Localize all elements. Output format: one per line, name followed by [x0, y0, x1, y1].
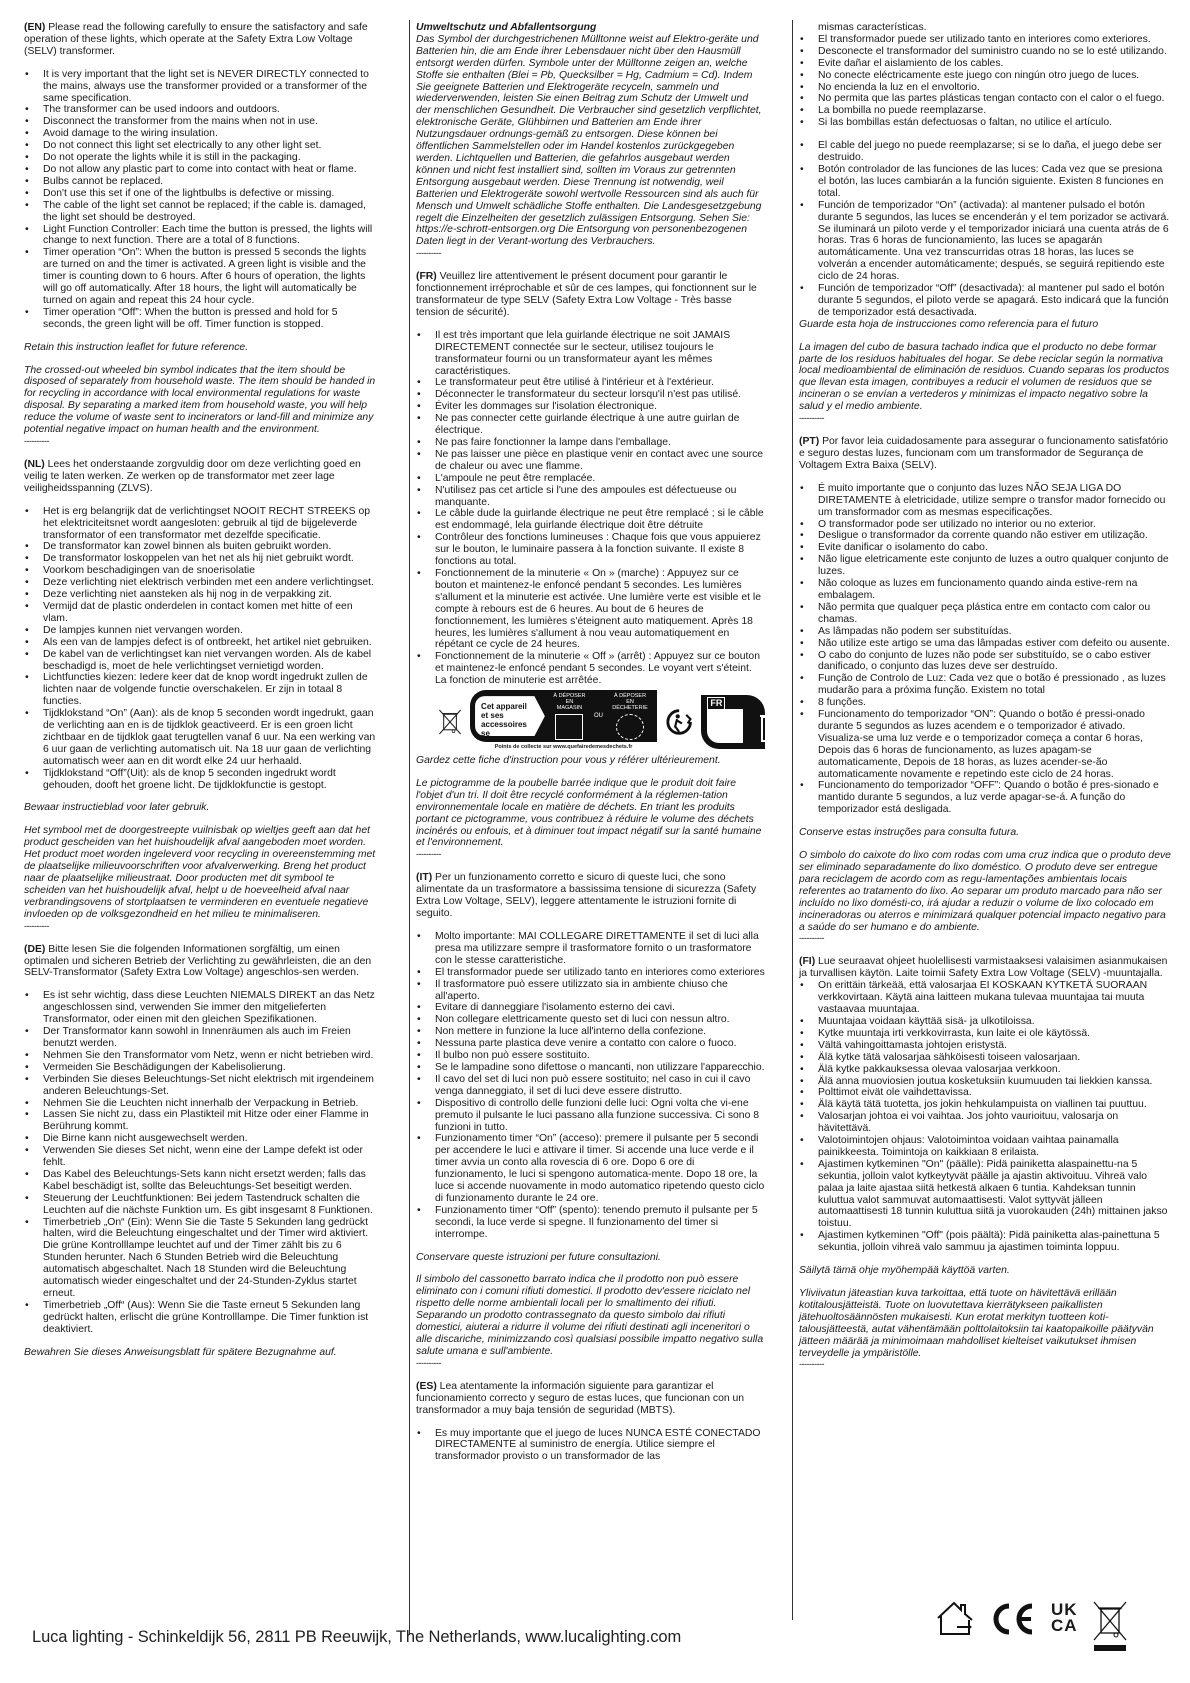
it-safety-list: Molto importante: MAI COLLEGARE DIRETTAM…: [416, 931, 765, 1241]
list-item: Het is erg belangrijk dat de verlichting…: [24, 506, 376, 542]
list-item: Il bulbo non può essere sostituito.: [416, 1050, 765, 1062]
it-retain-note: Conservare queste istruzioni per future …: [416, 1252, 765, 1264]
footer-address: Luca lighting - Schinkeldijk 56, 2811 PB…: [32, 1628, 681, 1647]
fi-safety-list: On erittäin tärkeää, että valosarjaa EI …: [799, 980, 1172, 1254]
list-item: O cabo do conjunto de luzes não pode ser…: [799, 650, 1172, 674]
fi-weee-note: Yliviivatun jäteastian kuva tarkoittaa, …: [799, 1288, 1172, 1359]
list-item: Funcionamento do temporizador “OFF”: Qua…: [799, 780, 1172, 816]
separator: ----------: [799, 1359, 1172, 1369]
es-retain-note: Guarde esta hoja de instrucciones como r…: [799, 319, 1172, 331]
list-item: Evite danificar o isolamento do cabo.: [799, 542, 1172, 554]
list-item: Do not operate the lights while it is st…: [24, 152, 376, 164]
pt-retain-note: Conserve estas instruções para consulta …: [799, 827, 1172, 839]
list-item: Il trasformatore può essere utilizzato s…: [416, 979, 765, 1003]
list-item: Es muy importante que el juego de luces …: [416, 1428, 765, 1464]
list-item: Das Kabel des Beleuchtungs-Sets kann nic…: [24, 1169, 376, 1193]
list-item: Botón controlador de las funciones de la…: [799, 164, 1172, 200]
column-3: mismas características. El transformador…: [792, 20, 1172, 1620]
list-item: Vältä vahingoittamasta johtojen eristyst…: [799, 1040, 1172, 1052]
pt-intro: (PT) Por favor leia cuidadosamente para …: [799, 436, 1172, 472]
list-item: Funzionamento timer “Off” (spento): tene…: [416, 1205, 765, 1241]
fr-retain-note: Gardez cette fiche d'instruction pour vo…: [416, 755, 765, 767]
list-item: The cable of the light set cannot be rep…: [24, 200, 376, 224]
es-weee-note: La imagen del cubo de basura tachado ind…: [799, 342, 1172, 413]
nl-safety-list: Het is erg belangrijk dat de verlichting…: [24, 506, 376, 792]
list-item: Vermijd dat de plastic onderdelen in con…: [24, 601, 376, 625]
store-dropoff: À DÉPOSER EN MAGASIN: [553, 693, 586, 740]
list-item: Bulbs cannot be replaced.: [24, 176, 376, 188]
list-item: Éviter les dommages sur l'isolation élec…: [416, 401, 765, 413]
list-item: Se le lampadine sono difettose o mancant…: [416, 1062, 765, 1074]
list-item: Ne pas connecter cette guirlande électri…: [416, 413, 765, 437]
list-item: Ajastimen kytkeminen "On" (päälle): Pidä…: [799, 1159, 1172, 1230]
list-item: Ne pas faire fonctionner la lampe dans l…: [416, 437, 765, 449]
list-item: Timerbetrieb „Off“ (Aus): Wenn Sie die T…: [24, 1300, 376, 1336]
list-item: Steuerung der Leuchtfunktionen: Bei jede…: [24, 1193, 376, 1217]
list-item: Evitare di danneggiare l'isolamento este…: [416, 1002, 765, 1014]
certification-marks: UK CA: [935, 1600, 1128, 1656]
list-item: De lampjes kunnen niet vervangen worden.: [24, 625, 376, 637]
list-item: Älä käytä tätä tuotetta, jos jokin hehku…: [799, 1099, 1172, 1111]
pt-weee-note: O simbolo do caixote do lixo com rodas c…: [799, 850, 1172, 933]
list-item: Non mettere in funzione la luce all'inte…: [416, 1026, 765, 1038]
fr-recycling-logos: Cet appareil et ses accessoires se recyc…: [416, 693, 765, 751]
list-item: Nehmen Sie die Leuchten nicht innerhalb …: [24, 1098, 376, 1110]
list-item: Fonctionnement de la minuterie « On » (m…: [416, 568, 765, 651]
en-intro: (EN) Please read the following carefully…: [24, 22, 376, 58]
es-safety-list-part2: El transformador puede ser utilizado tan…: [799, 34, 1172, 129]
list-item: De transformator loskoppelen van het net…: [24, 553, 376, 565]
list-item: Le câble dude la guirlande électrique ne…: [416, 508, 765, 532]
fi-retain-note: Säilytä tämä ohje myöhempää käyttöä vart…: [799, 1265, 1172, 1277]
list-item: De kabel van de verlichtingset kan niet …: [24, 649, 376, 673]
list-item: Le transformateur peut être utilisé à l'…: [416, 377, 765, 389]
list-item: Lichtfuncties kiezen: Iedere keer dat de…: [24, 672, 376, 708]
lang-code: (FR): [416, 271, 437, 282]
list-item: Não coloque as luzes em funcionamento qu…: [799, 578, 1172, 602]
list-item: Il cavo del set di luci non può essere s…: [416, 1074, 765, 1098]
lang-code: (DE): [24, 944, 45, 955]
lang-code: (EN): [24, 22, 45, 33]
separator: ----------: [799, 413, 1172, 423]
lang-code: (PT): [799, 436, 819, 447]
list-item: On erittäin tärkeää, että valosarjaa EI …: [799, 980, 1172, 1016]
de-retain-note: Bewahren Sie dieses Anweisungsblatt für …: [24, 1347, 376, 1359]
list-item: Non collegare elettricamente questo set …: [416, 1014, 765, 1026]
section-de-environment: Umweltschutz und Abfallentsorgung Das Sy…: [416, 22, 765, 258]
list-item: Evite dañar el aislamiento de los cables…: [799, 58, 1172, 70]
collection-points-caption: Points de collecte sur www.quefairedemes…: [470, 742, 657, 754]
list-item: Función de temporizador “On” (activada):…: [799, 200, 1172, 283]
list-item: El transformador puede ser utilizado tan…: [416, 967, 765, 979]
list-item: Verwenden Sie dieses Set nicht, wenn ein…: [24, 1145, 376, 1169]
lang-code: (ES): [416, 1381, 437, 1392]
lang-code: (FI): [799, 956, 815, 967]
section-de: (DE) Bitte lesen Sie die folgenden Infor…: [24, 944, 376, 1359]
fr-weee-note: Le pictogramme de la poubelle barrée ind…: [416, 778, 765, 849]
list-item: Si las bombillas están defectuosas o fal…: [799, 117, 1172, 129]
list-item: Não utilize este artigo se uma das lâmpa…: [799, 638, 1172, 650]
list-item: Timer operation “On”: When the button is…: [24, 247, 376, 307]
ukca-mark-icon: UK CA: [1051, 1600, 1078, 1634]
list-item: Il est très important que lela guirlande…: [416, 330, 765, 378]
list-item: Função de Controlo de Luz: Cada vez que …: [799, 673, 1172, 697]
de-safety-list: Es ist sehr wichtig, dass diese Leuchten…: [24, 990, 376, 1335]
list-item: Muuntajaa voidaan käyttää sisä- ja ulkot…: [799, 1016, 1172, 1028]
separator: ----------: [24, 436, 376, 446]
list-item: Lassen Sie nicht zu, dass ein Plastiktei…: [24, 1109, 376, 1133]
de-env-heading: Umweltschutz und Abfallentsorgung: [416, 22, 765, 34]
list-item: It is very important that the light set …: [24, 69, 376, 105]
list-item: Die Birne kann nicht ausgewechselt werde…: [24, 1133, 376, 1145]
list-item: Molto importante: MAI COLLEGARE DIRETTAM…: [416, 931, 765, 967]
list-item: L'ampoule ne peut être remplacée.: [416, 473, 765, 485]
paper-recycling-card: FR: [701, 695, 765, 749]
crossed-bin-icon: [438, 703, 462, 741]
lang-code: (NL): [24, 459, 45, 470]
es-continued-text: mismas características.: [799, 22, 1172, 34]
list-item: O transformador pode ser utilizado no in…: [799, 519, 1172, 531]
list-item: Desconecte el transformador del suminist…: [799, 46, 1172, 58]
list-item: Función de temporizador “Off” (desactiva…: [799, 283, 1172, 319]
column-1: (EN) Please read the following carefully…: [24, 22, 376, 1359]
list-item: Avoid damage to the wiring insulation.: [24, 128, 376, 140]
triman-icon: [665, 702, 693, 742]
list-item: 8 funções.: [799, 697, 1172, 709]
section-it: (IT) Per un funzionamento corretto e sic…: [416, 872, 765, 1367]
list-item: Desligue o transformador da corrente qua…: [799, 530, 1172, 542]
list-item: Voorkom beschadigingen van de snoerisola…: [24, 565, 376, 577]
list-item: No encienda la luz en el envoltorio.: [799, 82, 1172, 94]
en-weee-note: The crossed-out wheeled bin symbol indic…: [24, 365, 376, 436]
list-item: Vermeiden Sie Beschädigungen der Kabelis…: [24, 1062, 376, 1074]
nl-weee-note: Het symbool met de doorgestreepte vuilni…: [24, 825, 376, 920]
list-item: Nessuna parte plastica deve venire a con…: [416, 1038, 765, 1050]
list-item: La bombilla no puede reemplazarse.: [799, 105, 1172, 117]
es-safety-list-part3: El cable del juego no puede reemplazarse…: [799, 140, 1172, 319]
section-en: (EN) Please read the following carefully…: [24, 22, 376, 446]
list-item: Älä kytke pakkauksessa olevaa valosarjaa…: [799, 1064, 1172, 1076]
separator: ----------: [24, 921, 376, 931]
fi-intro: (FI) Lue seuraavat ohjeet huolellisesti …: [799, 956, 1172, 980]
list-item: Déconnecter le transformateur du secteur…: [416, 389, 765, 401]
list-item: Es ist sehr wichtig, dass diese Leuchten…: [24, 990, 376, 1026]
separator: ----------: [416, 849, 765, 859]
section-fi: (FI) Lue seuraavat ohjeet huolellisesti …: [799, 956, 1172, 1369]
list-item: Älä anna muoviosien joutua kosketuksiin …: [799, 1076, 1172, 1088]
list-item: É muito importante que o conjunto das lu…: [799, 483, 1172, 519]
store-icon: [555, 714, 583, 740]
list-item: Polttimot eivät ole vaihdettavissa.: [799, 1087, 1172, 1099]
list-item: Valotoimintojen ohjaus: Valotoimintoa vo…: [799, 1135, 1172, 1159]
list-item: Contrôleur des fonctions lumineuses : Ch…: [416, 532, 765, 568]
list-item: Fonctionnement de la minuterie « Off » (…: [416, 651, 765, 687]
list-item: Kytke muuntaja irti verkkovirrasta, kun …: [799, 1028, 1172, 1040]
separator: ----------: [799, 933, 1172, 943]
section-nl: (NL) Lees het onderstaande zorgvuldig do…: [24, 459, 376, 931]
list-item: Ajastimen kytkeminen "Off" (pois päältä)…: [799, 1230, 1172, 1254]
paper-icon: [707, 709, 743, 743]
list-item: Ne pas laisser une pièce en plastique ve…: [416, 449, 765, 473]
list-item: Não ligue eletricamente este conjunto de…: [799, 554, 1172, 578]
list-item: Funcionamento do temporizador “ON”: Quan…: [799, 709, 1172, 780]
nl-retain-note: Bewaar instructieblad voor later gebruik…: [24, 802, 376, 814]
de-intro: (DE) Bitte lesen Sie die folgenden Infor…: [24, 944, 376, 980]
list-item: N'utilisez pas cet article si l'une des …: [416, 485, 765, 509]
list-item: Dispositivo di controllo delle funzioni …: [416, 1098, 765, 1134]
recycle-bin-icon: [759, 711, 783, 743]
list-item: Nehmen Sie den Transformator vom Netz, w…: [24, 1050, 376, 1062]
list-item: Timer operation “Off”: When the button i…: [24, 307, 376, 331]
ce-mark-icon: [989, 1600, 1037, 1636]
list-item: El transformador puede ser utilizado tan…: [799, 34, 1172, 46]
lang-code: (IT): [416, 872, 432, 883]
list-item: El cable del juego no puede reemplazarse…: [799, 140, 1172, 164]
en-retain-note: Retain this instruction leaflet for futu…: [24, 342, 376, 354]
separator: ----------: [416, 1358, 765, 1368]
section-es-continued: mismas características. El transformador…: [799, 22, 1172, 423]
column-2: Umweltschutz und Abfallentsorgung Das Sy…: [409, 20, 765, 1635]
recycle-centre-icon: [616, 714, 644, 740]
es-intro: (ES) Lea atentamente la información sigu…: [416, 1381, 765, 1417]
list-item: Light Function Controller: Each time the…: [24, 224, 376, 248]
list-item: Deze verlichting niet aansteken als hij …: [24, 589, 376, 601]
list-item: Verbinden Sie dieses Beleuchtungs-Set ni…: [24, 1074, 376, 1098]
list-item: Valosarjan johtoa ei voi vaihtaa. Jos jo…: [799, 1111, 1172, 1135]
list-item: De transformator kan zowel binnen als bu…: [24, 541, 376, 553]
list-item: Älä kytke tätä valosarjaa sähköisesti to…: [799, 1052, 1172, 1064]
list-item: Do not connect this light set electrical…: [24, 140, 376, 152]
it-intro: (IT) Per un funzionamento corretto e sic…: [416, 872, 765, 920]
list-item: Do not allow any plastic part to come in…: [24, 164, 376, 176]
list-item: The transformer can be used indoors and …: [24, 104, 376, 116]
list-item: Der Transformator kann sowohl in Innenrä…: [24, 1026, 376, 1050]
list-item: No conecte eléctricamente este juego con…: [799, 70, 1172, 82]
triman-info-badge: Cet appareil et ses accessoires se recyc…: [470, 690, 657, 742]
list-item: Als een van de lampjes defect is of ontb…: [24, 637, 376, 649]
list-item: As lâmpadas não podem ser substituídas.: [799, 626, 1172, 638]
fr-intro: (FR) Veuillez lire attentivement le prés…: [416, 271, 765, 319]
pt-safety-list: É muito importante que o conjunto das lu…: [799, 483, 1172, 816]
nl-intro: (NL) Lees het onderstaande zorgvuldig do…: [24, 459, 376, 495]
indoor-use-house-icon: [935, 1600, 975, 1636]
list-item: Tijdklokstand “Off”(Uit): als de knop 5 …: [24, 768, 376, 792]
dechetterie-dropoff: À DÉPOSER EN DÉCHETERIE: [611, 693, 649, 740]
list-item: Não permita que qualquer peça plástica e…: [799, 602, 1172, 626]
list-item: Disconnect the transformer from the main…: [24, 116, 376, 128]
crossed-bin-icon: [1092, 1600, 1128, 1656]
en-safety-list: It is very important that the light set …: [24, 69, 376, 331]
or-label: OU: [594, 713, 603, 719]
list-item: Deze verlichting niet elektrisch verbind…: [24, 577, 376, 589]
list-item: Timerbetrieb „On“ (Ein): Wenn Sie die Ta…: [24, 1217, 376, 1300]
list-item: Don't use this set if one of the lightbu…: [24, 188, 376, 200]
separator: ----------: [416, 248, 765, 258]
de-env-text: Das Symbol der durchgestrichenen Müllton…: [416, 34, 765, 248]
it-weee-note: Il simbolo del cassonetto barrato indica…: [416, 1274, 765, 1357]
section-pt: (PT) Por favor leia cuidadosamente para …: [799, 436, 1172, 943]
triman-text: Cet appareil et ses accessoires se recyc…: [475, 696, 545, 736]
fr-safety-list: Il est très important que lela guirlande…: [416, 330, 765, 687]
es-safety-list-part1: Es muy importante que el juego de luces …: [416, 1428, 765, 1464]
list-item: Funzionamento timer “On” (acceso): preme…: [416, 1133, 765, 1204]
list-item: No permita que las partes plásticas teng…: [799, 93, 1172, 105]
list-item: Tijdklokstand “On” (Aan): als de knop 5 …: [24, 708, 376, 768]
section-fr: (FR) Veuillez lire attentivement le prés…: [416, 271, 765, 859]
section-es: (ES) Lea atentamente la información sigu…: [416, 1381, 765, 1463]
